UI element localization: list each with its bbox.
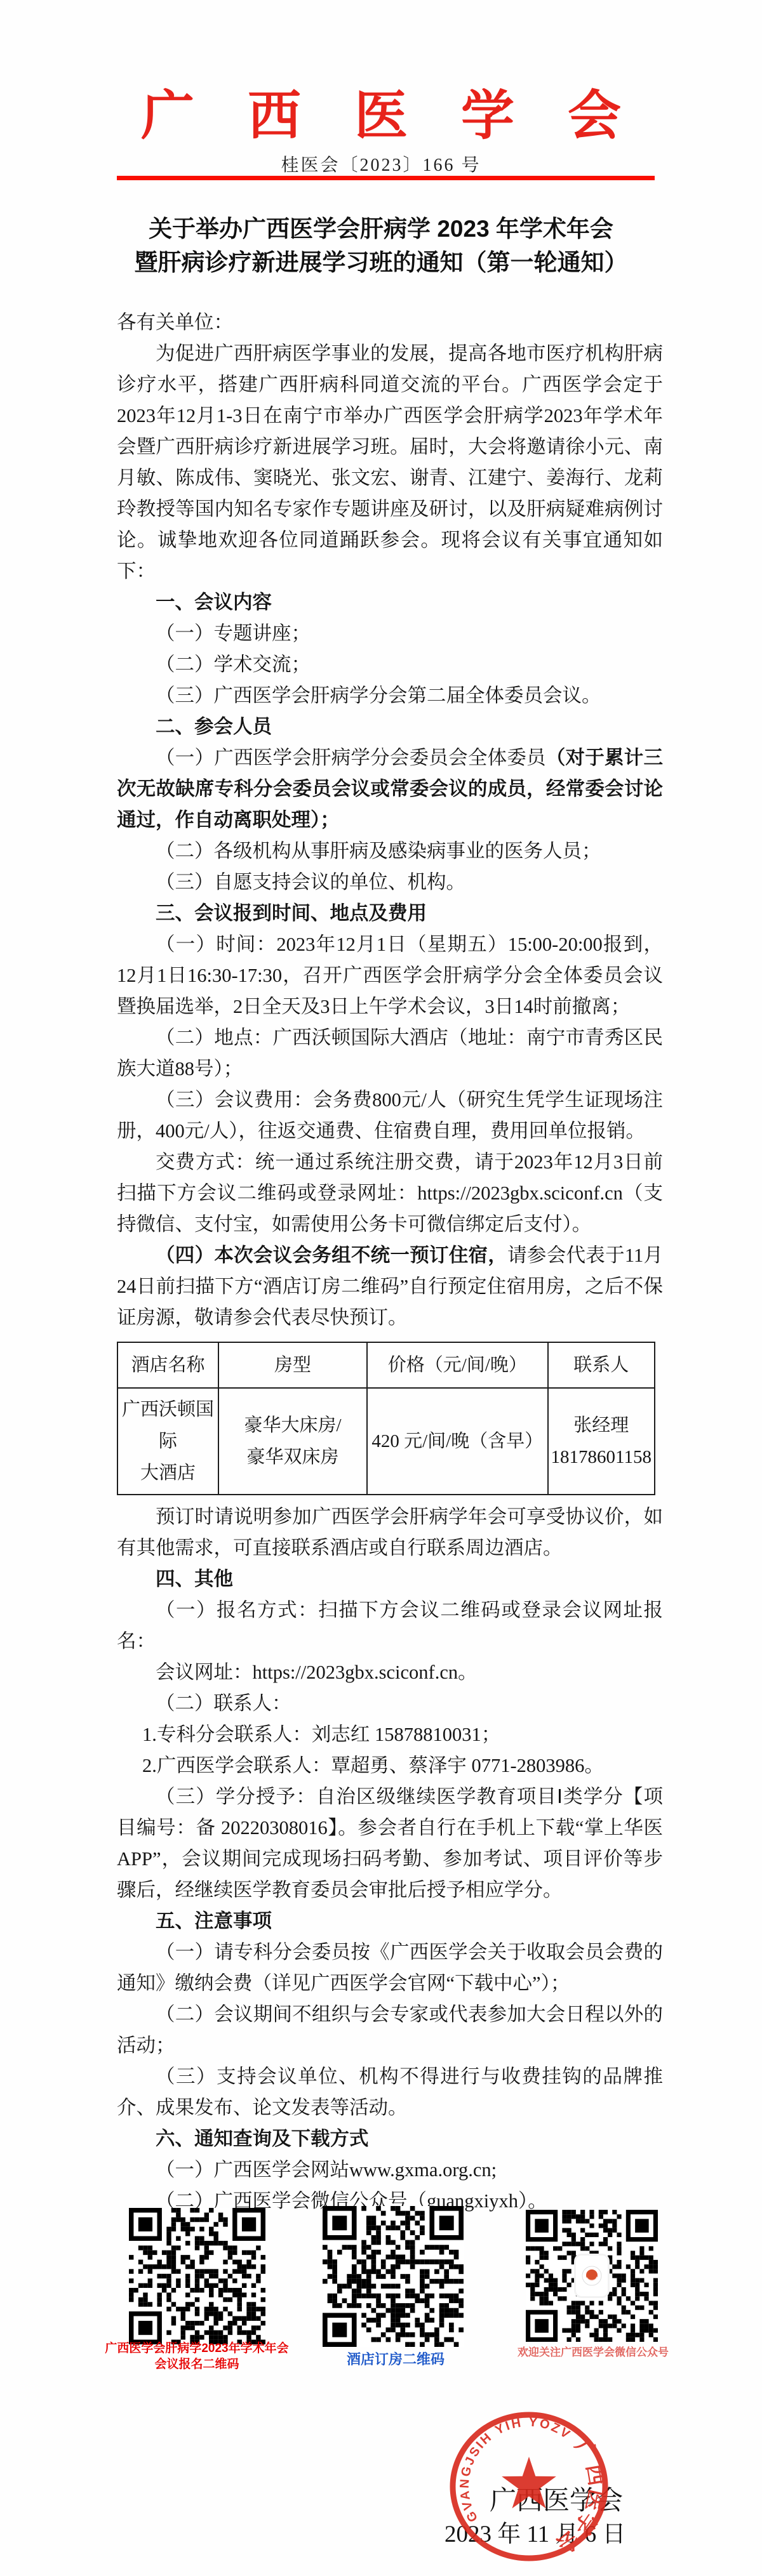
paragraph: （三）支持会议单位、机构不得进行与收费挂钩的品牌推介、成果发布、论文发表等活动。 <box>117 2061 663 2124</box>
table-cell-line: 420 元/间/晚（含早） <box>370 1425 545 1457</box>
wechat-account-logo <box>576 2256 608 2296</box>
section-heading: 一、会议内容 <box>117 587 663 618</box>
qr-code-image <box>323 2206 464 2347</box>
body-flow: 各有关单位：为促进广西肝病医学事业的发展，提高各地市医疗机构肝病诊疗水平，搭建广… <box>117 307 663 2217</box>
paragraph: （二）地点：广西沃顿国际大酒店（地址：南宁市青秀区民族大道88号）； <box>117 1022 663 1085</box>
table-cell-line: 广西沃顿国际 <box>121 1394 215 1457</box>
table-cell: 广西沃顿国际大酒店 <box>117 1388 218 1495</box>
paragraph: （四）本次会议会务组不统一预订住宿，请参会代表于11月24日前扫描下方“酒店订房… <box>117 1240 663 1333</box>
paragraph: 会议网址：https://2023gbx.sciconf.cn。 <box>117 1657 663 1688</box>
paragraph: （二）各级机构从事肝病及感染病事业的医务人员； <box>117 836 663 867</box>
paragraph: （一）专题讲座； <box>117 618 663 649</box>
seal-star-icon <box>502 2457 556 2508</box>
paragraph: （一）广西医学会肝病学分会委员会全体委员（对于累计三次无故缺席专科分会委员会议或… <box>117 743 663 836</box>
paragraph: （二）学术交流； <box>117 649 663 680</box>
section-heading: 五、注意事项 <box>117 1906 663 1937</box>
paragraph: 1.专科分会联系人：刘志红 15878810031； <box>117 1719 663 1750</box>
table-cell: 420 元/间/晚（含早） <box>367 1388 548 1495</box>
org-emblem-icon <box>579 2263 605 2289</box>
paragraph: 2.广西医学会联系人：覃超勇、蔡泽宇 0771-2803986。 <box>117 1750 663 1781</box>
paragraph: （三）学分授予：自治区级继续医学教育项目Ⅰ类学分【项目编号：备 20220308… <box>117 1781 663 1906</box>
qr-caption-hotel: 酒店订房二维码 <box>300 2351 491 2368</box>
paragraph: （三）自愿支持会议的单位、机构。 <box>117 867 663 898</box>
table-header-cell: 联系人 <box>548 1342 655 1388</box>
section-heading: 六、通知查询及下载方式 <box>117 2124 663 2155</box>
table-header-cell: 房型 <box>218 1342 367 1388</box>
hotel-table: 酒店名称房型价格（元/间/晚）联系人广西沃顿国际大酒店豪华大床房/豪华双床房42… <box>117 1342 655 1495</box>
table-header-cell: 酒店名称 <box>117 1342 218 1388</box>
paragraph: （三）广西医学会肝病学分会第二届全体委员会议。 <box>117 680 663 711</box>
table-row: 广西沃顿国际大酒店豪华大床房/豪华双床房420 元/间/晚（含早）张经理1817… <box>117 1388 655 1495</box>
table-cell: 豪华大床房/豪华双床房 <box>218 1388 367 1495</box>
qr-caption-line: 会议报名二维码 <box>70 2356 324 2372</box>
notice-title-line-1: 关于举办广西医学会肝病学 2023 年学术年会 <box>0 212 762 246</box>
table-cell-line: 豪华大床房/ <box>222 1410 364 1441</box>
table-header-cell: 价格（元/间/晚） <box>367 1342 548 1388</box>
section-heading: 三、会议报到时间、地点及费用 <box>117 898 663 929</box>
qr-code-wechat-account <box>526 2210 658 2342</box>
paragraph: 预订时请说明参加广西医学会肝病学年会可享受协议价，如有其他需求，可直接联系酒店或… <box>117 1502 663 1564</box>
letterhead-red-rule <box>117 176 655 180</box>
paragraph: （三）会议费用：会务费800元/人（研究生凭学生证现场注册，400元/人），往返… <box>117 1085 663 1147</box>
qr-code-conference-registration <box>129 2208 265 2344</box>
text-run: （一）广西医学会肝病学分会委员会全体委员 <box>156 747 546 769</box>
letterhead-org-name: 广西医学会 <box>0 86 762 147</box>
qr-caption-conference: 广西医学会肝病学2023年学术年会 会议报名二维码 <box>70 2341 324 2372</box>
notice-title-line-2: 暨肝病诊疗新进展学习班的通知（第一轮通知） <box>0 246 762 279</box>
paragraph: （二）联系人： <box>117 1688 663 1719</box>
table-header-row: 酒店名称房型价格（元/间/晚）联系人 <box>117 1342 655 1388</box>
paragraph: （一）时间：2023年12月1日（星期五）15:00-20:00报到，12月1日… <box>117 929 663 1022</box>
qr-code-hotel-booking <box>323 2206 464 2347</box>
paragraph: 各有关单位： <box>117 307 663 338</box>
paragraph: 为促进广西肝病医学事业的发展，提高各地市医疗机构肝病诊疗水平，搭建广西肝病科同道… <box>117 338 663 587</box>
official-seal: GVANGJSIH YIH YOZVEI 广西医学会 <box>448 2410 610 2564</box>
table-cell-line: 大酒店 <box>121 1457 215 1489</box>
qr-caption-wechat: 欢迎关注广西医学会微信公众号 <box>466 2346 720 2360</box>
qr-caption-line: 酒店订房二维码 <box>300 2351 491 2368</box>
paragraph: （一）广西医学会网站www.gxma.org.cn; <box>117 2155 663 2186</box>
table-cell-line: 张经理 <box>551 1410 652 1441</box>
text-run: （四）本次会议会务组不统一预订住宿， <box>156 1245 507 1266</box>
paragraph: （一）报名方式：扫描下方会议二维码或登录会议网址报名： <box>117 1595 663 1657</box>
paragraph: （一）请专科分会委员按《广西医学会关于收取会员会费的通知》缴纳会费（详见广西医学… <box>117 1937 663 1999</box>
section-heading: 二、参会人员 <box>117 711 663 743</box>
doc-number: 桂医会〔2023〕166 号 <box>0 151 762 176</box>
paragraph: 交费方式：统一通过系统注册交费，请于2023年12月3日前扫描下方会议二维码或登… <box>117 1147 663 1240</box>
table-cell-line: 豪华双床房 <box>222 1441 364 1473</box>
qr-caption-line: 广西医学会肝病学2023年学术年会 <box>70 2341 324 2356</box>
section-heading: 四、其他 <box>117 1564 663 1595</box>
svg-text:GVANGJSIH YIH YOZVEI: GVANGJSIH YIH YOZVEI <box>448 2410 574 2524</box>
table-cell: 张经理18178601158 <box>548 1388 655 1495</box>
document-page: 广西医学会 桂医会〔2023〕166 号 关于举办广西医学会肝病学 2023 年… <box>0 0 762 2576</box>
notice-title: 关于举办广西医学会肝病学 2023 年学术年会 暨肝病诊疗新进展学习班的通知（第… <box>0 212 762 279</box>
qr-caption-line: 欢迎关注广西医学会微信公众号 <box>466 2346 720 2360</box>
paragraph: （二）会议期间不组织与会专家或代表参加大会日程以外的活动； <box>117 1999 663 2061</box>
table-cell-line: 18178601158 <box>551 1441 652 1473</box>
qr-code-image <box>129 2208 265 2344</box>
seal-romanized-text: GVANGJSIH YIH YOZVEI <box>448 2410 574 2524</box>
